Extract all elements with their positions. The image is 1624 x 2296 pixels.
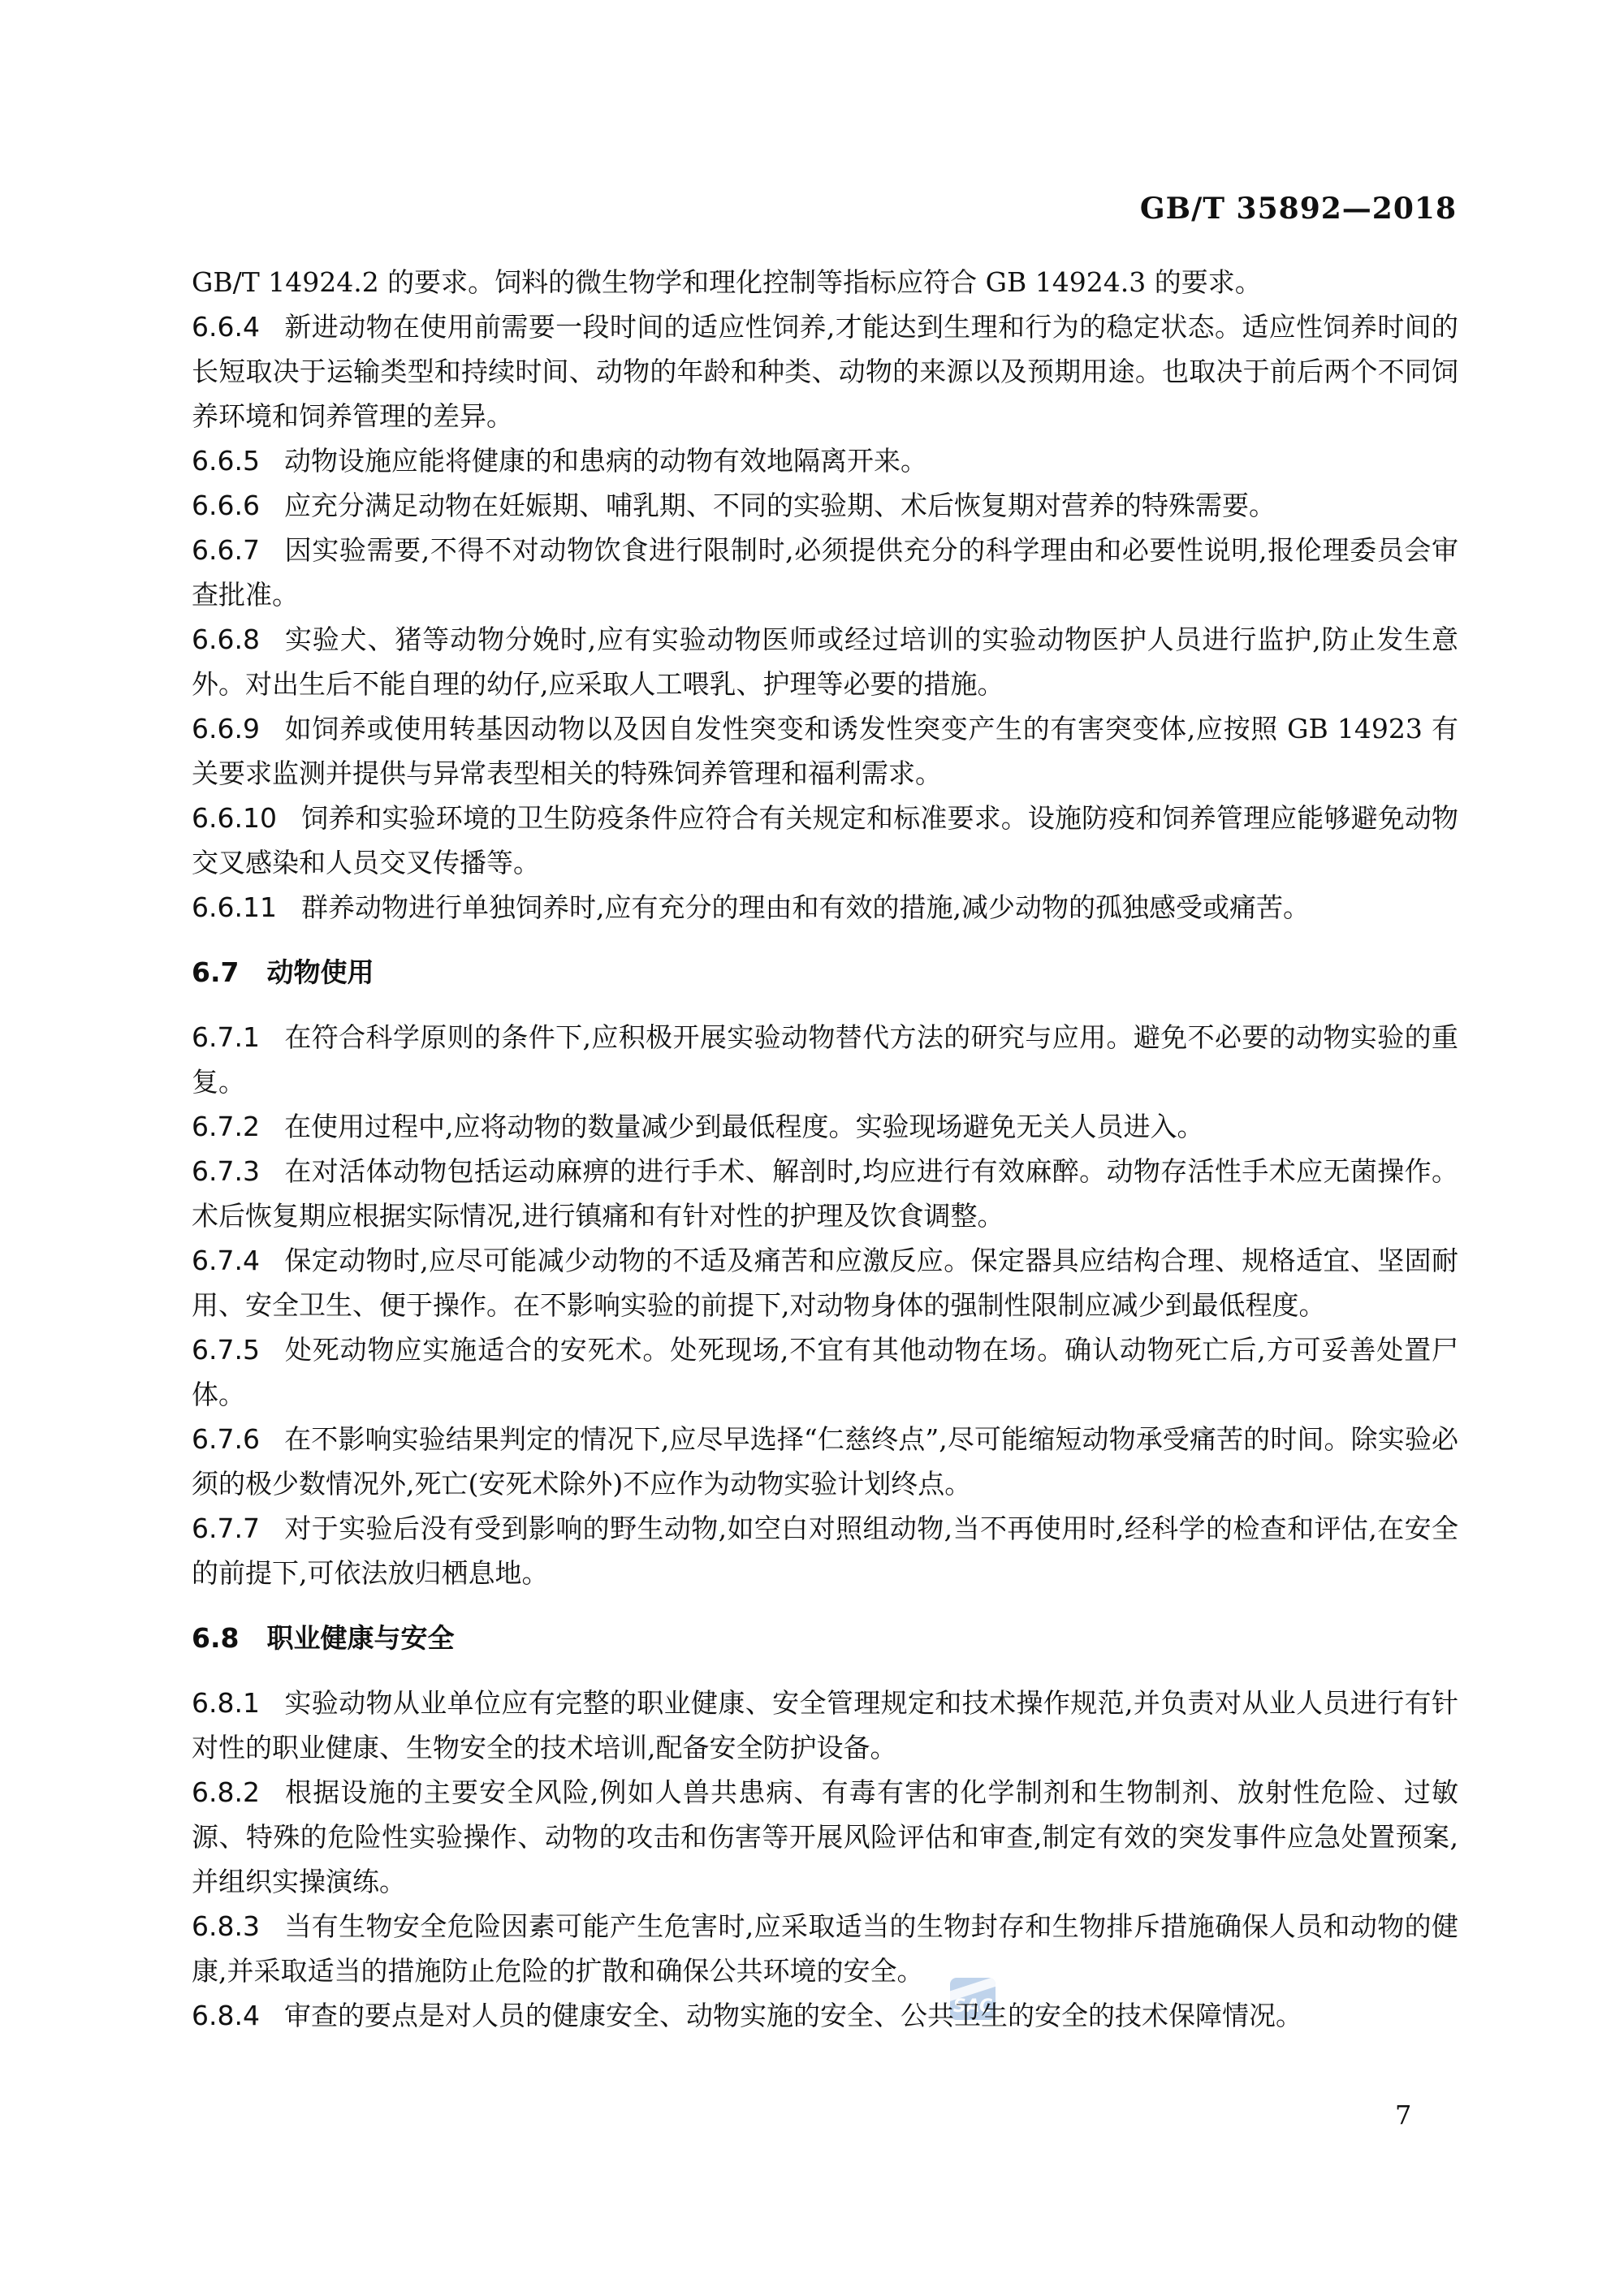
clause-number: 6.7.2 [192, 1111, 260, 1142]
clause-text: 在对活体动物包括运动麻痹的进行手术、解剖时,均应进行有效麻醉。动物存活性手术应无… [192, 1155, 1458, 1232]
heading-text: 职业健康与安全 [266, 1622, 454, 1654]
clause-number: 6.6.11 [192, 891, 277, 923]
clause-paragraph: 6.8.1实验动物从业单位应有完整的职业健康、安全管理规定和技术操作规范,并负责… [192, 1681, 1458, 1770]
clause-text: 应充分满足动物在妊娠期、哺乳期、不同的实验期、术后恢复期对营养的特殊需要。 [284, 490, 1276, 521]
clause-paragraph: 6.7.7对于实验后没有受到影响的野生动物,如空白对照组动物,当不再使用时,经科… [192, 1506, 1458, 1595]
heading-text: 动物使用 [266, 956, 374, 988]
clause-text: 在不影响实验结果判定的情况下,应尽早选择“仁慈终点”,尽可能缩短动物承受痛苦的时… [192, 1423, 1458, 1500]
clause-paragraph: 6.6.6应充分满足动物在妊娠期、哺乳期、不同的实验期、术后恢复期对营养的特殊需… [192, 483, 1458, 528]
clause-number: 6.6.9 [192, 713, 260, 744]
clause-number: 6.7 [192, 956, 239, 988]
clause-text: 实验犬、猪等动物分娩时,应有实验动物医师或经过培训的实验动物医护人员进行监护,防… [192, 624, 1458, 700]
clause-paragraph: 6.8.3当有生物安全危险因素可能产生危害时,应采取适当的生物封存和生物排斥措施… [192, 1904, 1458, 1993]
clause-paragraph: 6.7.3在对活体动物包括运动麻痹的进行手术、解剖时,均应进行有效麻醉。动物存活… [192, 1149, 1458, 1238]
standard-number: GB/T 35892—2018 [1140, 192, 1457, 226]
clause-text: 实验动物从业单位应有完整的职业健康、安全管理规定和技术操作规范,并负责对从业人员… [192, 1687, 1458, 1763]
clause-text: 在符合科学原则的条件下,应积极开展实验动物替代方法的研究与应用。避免不必要的动物… [192, 1021, 1458, 1098]
clause-text: 新进动物在使用前需要一段时间的适应性饲养,才能达到生理和行为的稳定状态。适应性饲… [192, 311, 1458, 432]
clause-text: 因实验需要,不得不对动物饮食进行限制时,必须提供充分的科学理由和必要性说明,报伦… [192, 534, 1458, 611]
clause-paragraph: 6.6.5动物设施应能将健康的和患病的动物有效地隔离开来。 [192, 438, 1458, 483]
clause-paragraph: 6.7.4保定动物时,应尽可能减少动物的不适及痛苦和应激反应。保定器具应结构合理… [192, 1238, 1458, 1327]
clause-number: 6.7.6 [192, 1423, 260, 1455]
clause-text: 当有生物安全危险因素可能产生危害时,应采取适当的生物封存和生物排斥措施确保人员和… [192, 1910, 1458, 1987]
clause-number: 6.7.3 [192, 1155, 260, 1187]
clause-number: 6.8.1 [192, 1687, 260, 1719]
clause-text: GB/T 14924.2 的要求。饲料的微生物学和理化控制等指标应符合 GB 1… [192, 266, 1262, 298]
clause-number: 6.7.1 [192, 1021, 260, 1053]
clause-number: 6.8.2 [192, 1776, 260, 1808]
section-heading: 6.8职业健康与安全 [192, 1616, 1458, 1660]
clause-paragraph: GB/T 14924.2 的要求。饲料的微生物学和理化控制等指标应符合 GB 1… [192, 260, 1458, 304]
clause-paragraph: 6.7.6在不影响实验结果判定的情况下,应尽早选择“仁慈终点”,尽可能缩短动物承… [192, 1417, 1458, 1506]
clause-paragraph: 6.6.11群养动物进行单独饲养时,应有充分的理由和有效的措施,减少动物的孤独感… [192, 885, 1458, 930]
page-header: GB/T 35892—2018 [1140, 192, 1457, 226]
clause-paragraph: 6.7.5处死动物应实施适合的安死术。处死现场,不宜有其他动物在场。确认动物死亡… [192, 1327, 1458, 1417]
clause-paragraph: 6.8.2根据设施的主要安全风险,例如人兽共患病、有毒有害的化学制剂和生物制剂、… [192, 1770, 1458, 1904]
clause-number: 6.8.4 [192, 2000, 260, 2031]
clause-number: 6.6.10 [192, 802, 277, 834]
clause-text: 保定动物时,应尽可能减少动物的不适及痛苦和应激反应。保定器具应结构合理、规格适宜… [192, 1245, 1458, 1321]
clause-number: 6.7.4 [192, 1245, 260, 1276]
clause-number: 6.8.3 [192, 1910, 260, 1942]
document-content: GB/T 14924.2 的要求。饲料的微生物学和理化控制等指标应符合 GB 1… [192, 260, 1458, 2038]
section-heading: 6.7动物使用 [192, 950, 1458, 995]
clause-text: 在使用过程中,应将动物的数量减少到最低程度。实验现场避免无关人员进入。 [284, 1111, 1204, 1142]
clause-text: 饲养和实验环境的卫生防疫条件应符合有关规定和标准要求。设施防疫和饲养管理应能够避… [192, 802, 1458, 878]
clause-text: 如饲养或使用转基因动物以及因自发性突变和诱发性突变产生的有害突变体,应按照 GB… [192, 713, 1458, 789]
clause-number: 6.6.7 [192, 534, 260, 566]
clause-text: 处死动物应实施适合的安死术。处死现场,不宜有其他动物在场。确认动物死亡后,方可妥… [192, 1334, 1458, 1410]
page-number: 7 [1395, 2100, 1411, 2130]
clause-paragraph: 6.8.4审查的要点是对人员的健康安全、动物实施的安全、公共卫生的安全的技术保障… [192, 1993, 1458, 2038]
clause-number: 6.6.5 [192, 445, 260, 477]
clause-paragraph: 6.7.2在使用过程中,应将动物的数量减少到最低程度。实验现场避免无关人员进入。 [192, 1104, 1458, 1149]
clause-number: 6.6.8 [192, 624, 260, 655]
document-page: GB/T 35892—2018 SAC GB/T 14924.2 的要求。饲料的… [0, 0, 1624, 2296]
clause-text: 群养动物进行单独饲养时,应有充分的理由和有效的措施,减少动物的孤独感受或痛苦。 [301, 891, 1310, 923]
clause-paragraph: 6.6.4新进动物在使用前需要一段时间的适应性饲养,才能达到生理和行为的稳定状态… [192, 304, 1458, 438]
clause-text: 对于实验后没有受到影响的野生动物,如空白对照组动物,当不再使用时,经科学的检查和… [192, 1513, 1458, 1589]
clause-text: 根据设施的主要安全风险,例如人兽共患病、有毒有害的化学制剂和生物制剂、放射性危险… [192, 1776, 1458, 1897]
clause-paragraph: 6.6.10饲养和实验环境的卫生防疫条件应符合有关规定和标准要求。设施防疫和饲养… [192, 796, 1458, 885]
clause-number: 6.7.5 [192, 1334, 260, 1366]
clause-paragraph: 6.6.7因实验需要,不得不对动物饮食进行限制时,必须提供充分的科学理由和必要性… [192, 528, 1458, 617]
clause-number: 6.8 [192, 1622, 239, 1654]
clause-paragraph: 6.6.8实验犬、猪等动物分娩时,应有实验动物医师或经过培训的实验动物医护人员进… [192, 617, 1458, 706]
clause-paragraph: 6.6.9如饲养或使用转基因动物以及因自发性突变和诱发性突变产生的有害突变体,应… [192, 706, 1458, 796]
clause-number: 6.6.6 [192, 490, 260, 521]
clause-text: 动物设施应能将健康的和患病的动物有效地隔离开来。 [284, 445, 927, 477]
clause-number: 6.7.7 [192, 1513, 260, 1544]
clause-paragraph: 6.7.1在符合科学原则的条件下,应积极开展实验动物替代方法的研究与应用。避免不… [192, 1015, 1458, 1104]
clause-text: 审查的要点是对人员的健康安全、动物实施的安全、公共卫生的安全的技术保障情况。 [284, 2000, 1302, 2031]
clause-number: 6.6.4 [192, 311, 260, 343]
